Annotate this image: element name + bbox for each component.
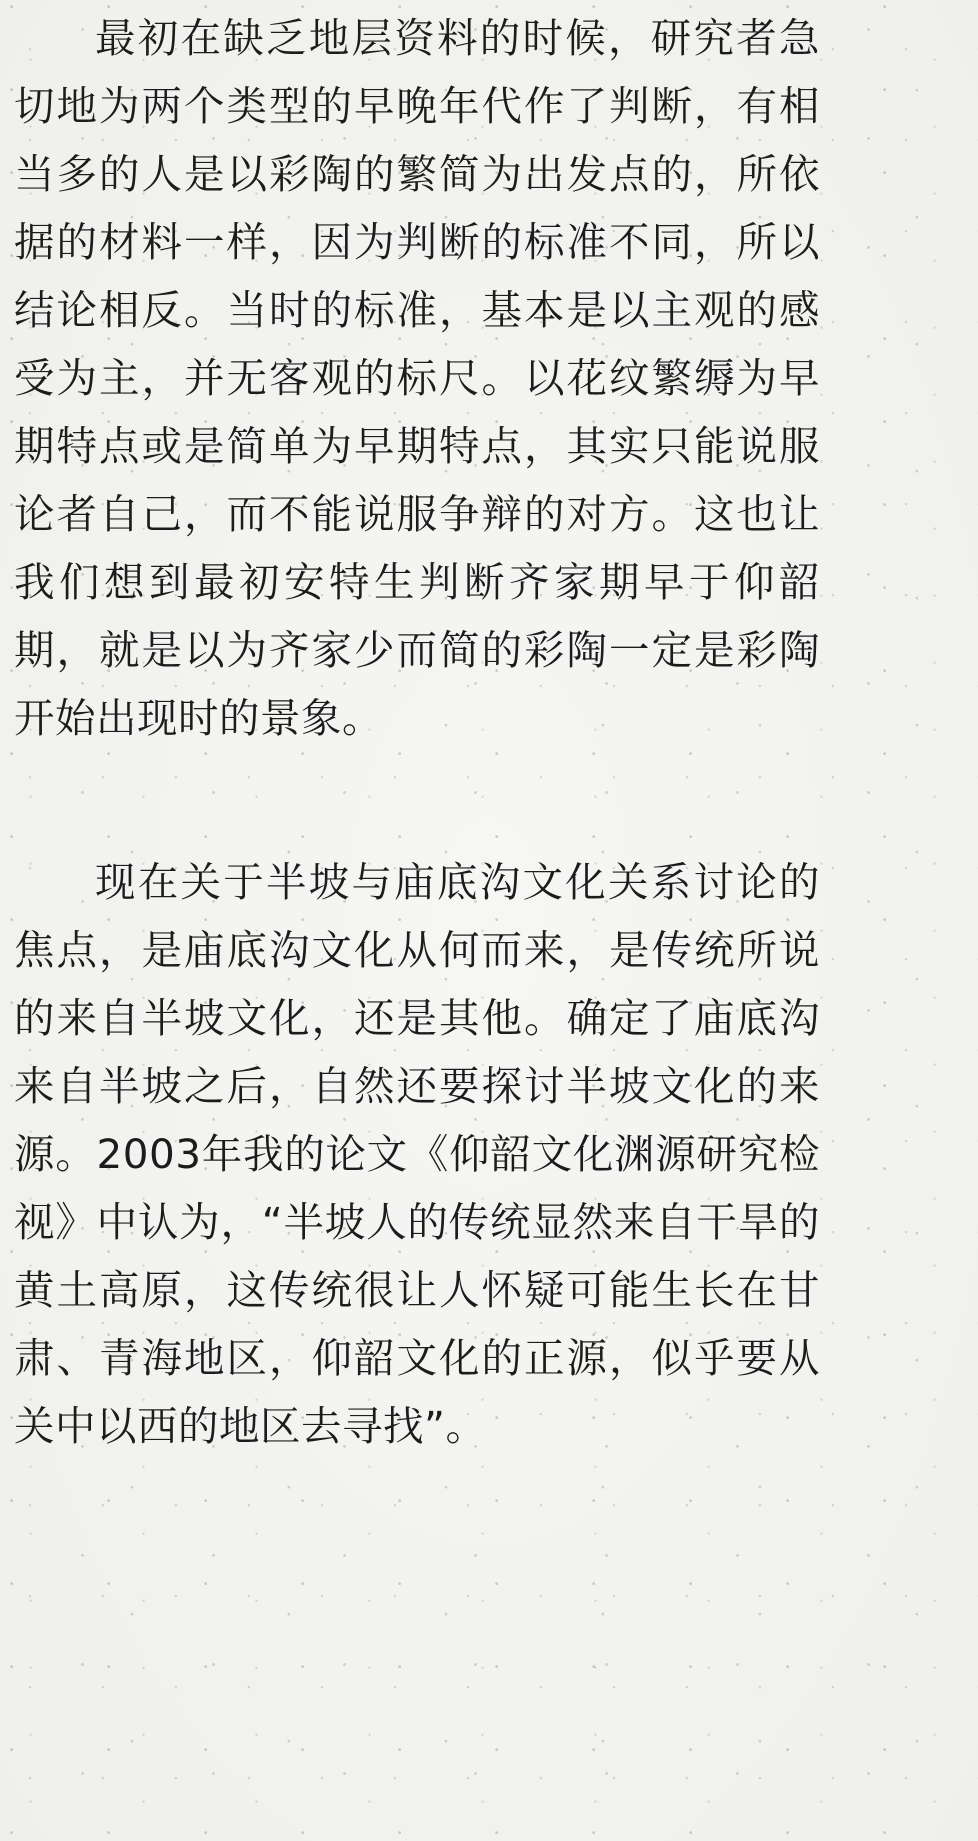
- paragraph-spacer: [14, 752, 820, 848]
- paragraph-miaodigou-origin: 现在关于半坡与庙底沟文化关系讨论的焦点，是庙底沟文化从何而来，是传统所说的来自半…: [14, 848, 820, 1460]
- paragraph-early-dating-judgment: 最初在缺乏地层资料的时候，研究者急切地为两个类型的早晚年代作了判断，有相当多的人…: [14, 0, 820, 752]
- article-body: 最初在缺乏地层资料的时候，研究者急切地为两个类型的早晚年代作了判断，有相当多的人…: [14, 0, 820, 1460]
